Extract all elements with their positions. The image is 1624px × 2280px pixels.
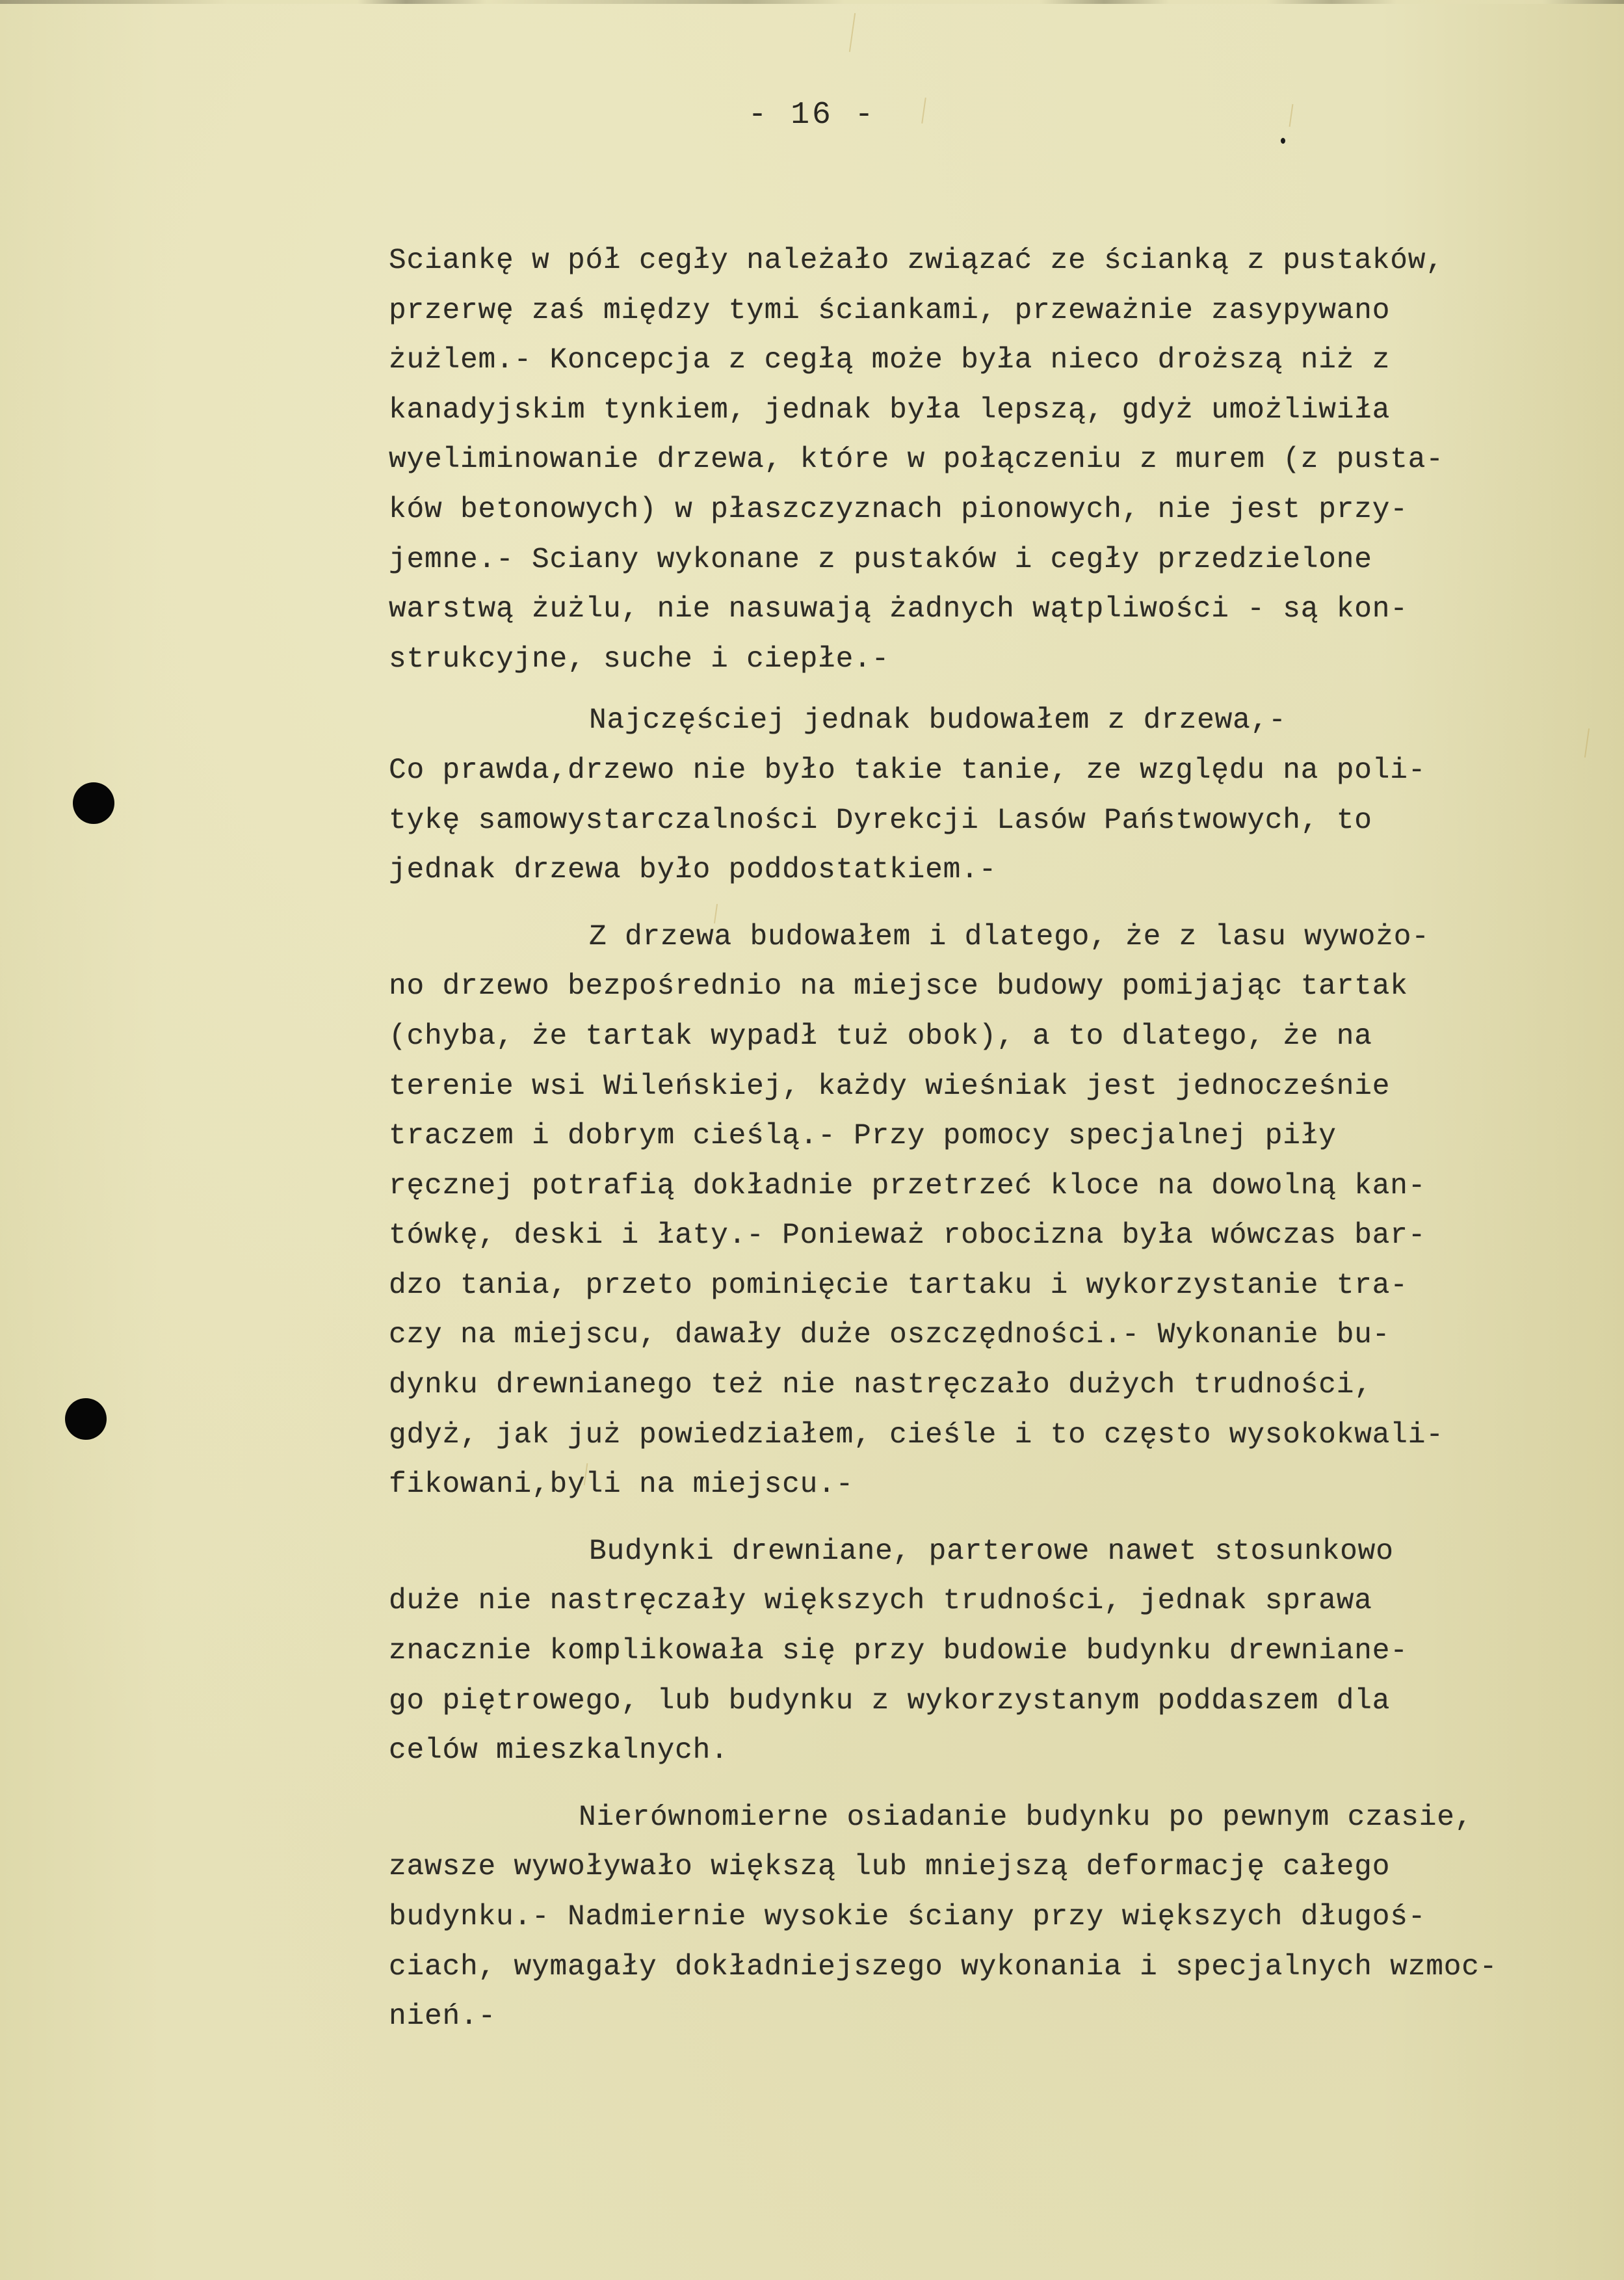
paragraph-gap (389, 1510, 1611, 1527)
paragraph-1: Sciankę w pół cegły należało związać ze … (389, 236, 1611, 684)
text-line: ręcznej potrafią dokładnie przetrzeć klo… (389, 1161, 1611, 1212)
page-number: - 16 - (0, 98, 1624, 133)
text-line: Najczęściej jednak budowałem z drzewa,- (389, 696, 1611, 746)
text-line: go piętrowego, lub budynku z wykorzystan… (389, 1677, 1611, 1727)
text-line: strukcyjne, suche i ciepłe.- (389, 635, 1611, 685)
paper-fiber (849, 13, 856, 52)
text-line: zawsze wywoływało większą lub mniejszą d… (389, 1842, 1611, 1892)
text-line: duże nie nastręczały większych trudności… (389, 1576, 1611, 1626)
text-line: gdyż, jak już powiedziałem, cieśle i to … (389, 1411, 1611, 1461)
paragraph-gap (389, 1776, 1611, 1793)
text-line: (chyba, że tartak wypadł tuż obok), a to… (389, 1012, 1611, 1062)
text-line: żużlem.- Koncepcja z cegłą może była nie… (389, 336, 1611, 386)
text-line: Z drzewa budowałem i dlatego, że z lasu … (389, 912, 1611, 962)
text-line: Budynki drewniane, parterowe nawet stosu… (389, 1527, 1611, 1577)
text-line: dzo tania, przeto pominięcie tartaku i w… (389, 1261, 1611, 1311)
paragraph-gap (389, 895, 1611, 912)
text-line: Co prawda,drzewo nie było takie tanie, z… (389, 746, 1611, 796)
text-line: budynku.- Nadmiernie wysokie ściany przy… (389, 1892, 1611, 1942)
text-line: wyeliminowanie drzewa, które w połączeni… (389, 435, 1611, 485)
text-line: ciach, wymagały dokładniejszego wykonani… (389, 1942, 1611, 1993)
text-line: ków betonowych) w płaszczyznach pionowyc… (389, 485, 1611, 535)
paragraph-gap (389, 684, 1611, 696)
scan-top-edge (0, 0, 1624, 4)
typewritten-body: Sciankę w pół cegły należało związać ze … (389, 236, 1611, 2042)
paragraph-4: Budynki drewniane, parterowe nawet stosu… (389, 1527, 1611, 1776)
text-line: no drzewo bezpośrednio na miejsce budowy… (389, 962, 1611, 1012)
text-line: celów mieszkalnych. (389, 1726, 1611, 1776)
text-line: Nierównomierne osiadanie budynku po pewn… (389, 1793, 1611, 1843)
punch-hole (73, 782, 114, 824)
text-line: przerwę zaś między tymi ściankami, przew… (389, 286, 1611, 336)
ink-speck (1281, 138, 1285, 144)
text-line: tykę samowystarczalności Dyrekcji Lasów … (389, 796, 1611, 846)
text-line: dynku drewnianego też nie nastręczało du… (389, 1360, 1611, 1411)
text-line: Sciankę w pół cegły należało związać ze … (389, 236, 1611, 286)
text-line: fikowani,byli na miejscu.- (389, 1460, 1611, 1510)
text-line: nień.- (389, 1992, 1611, 2042)
text-line: czy na miejscu, dawały duże oszczędności… (389, 1310, 1611, 1360)
text-line: jemne.- Sciany wykonane z pustaków i ceg… (389, 535, 1611, 585)
paragraph-3: Z drzewa budowałem i dlatego, że z lasu … (389, 912, 1611, 1510)
text-line: traczem i dobrym cieślą.- Przy pomocy sp… (389, 1111, 1611, 1161)
text-line: kanadyjskim tynkiem, jednak była lepszą,… (389, 386, 1611, 436)
text-line: terenie wsi Wileńskiej, każdy wieśniak j… (389, 1062, 1611, 1112)
paragraph-2: Najczęściej jednak budowałem z drzewa,- … (389, 696, 1611, 895)
text-line: znacznie komplikowała się przy budowie b… (389, 1626, 1611, 1677)
paragraph-5: Nierównomierne osiadanie budynku po pewn… (389, 1793, 1611, 2042)
text-line: warstwą żużlu, nie nasuwają żadnych wątp… (389, 585, 1611, 635)
text-line: jednak drzewa było poddostatkiem.- (389, 845, 1611, 895)
text-line: tówkę, deski i łaty.- Ponieważ robocizna… (389, 1211, 1611, 1261)
punch-hole (65, 1398, 107, 1440)
